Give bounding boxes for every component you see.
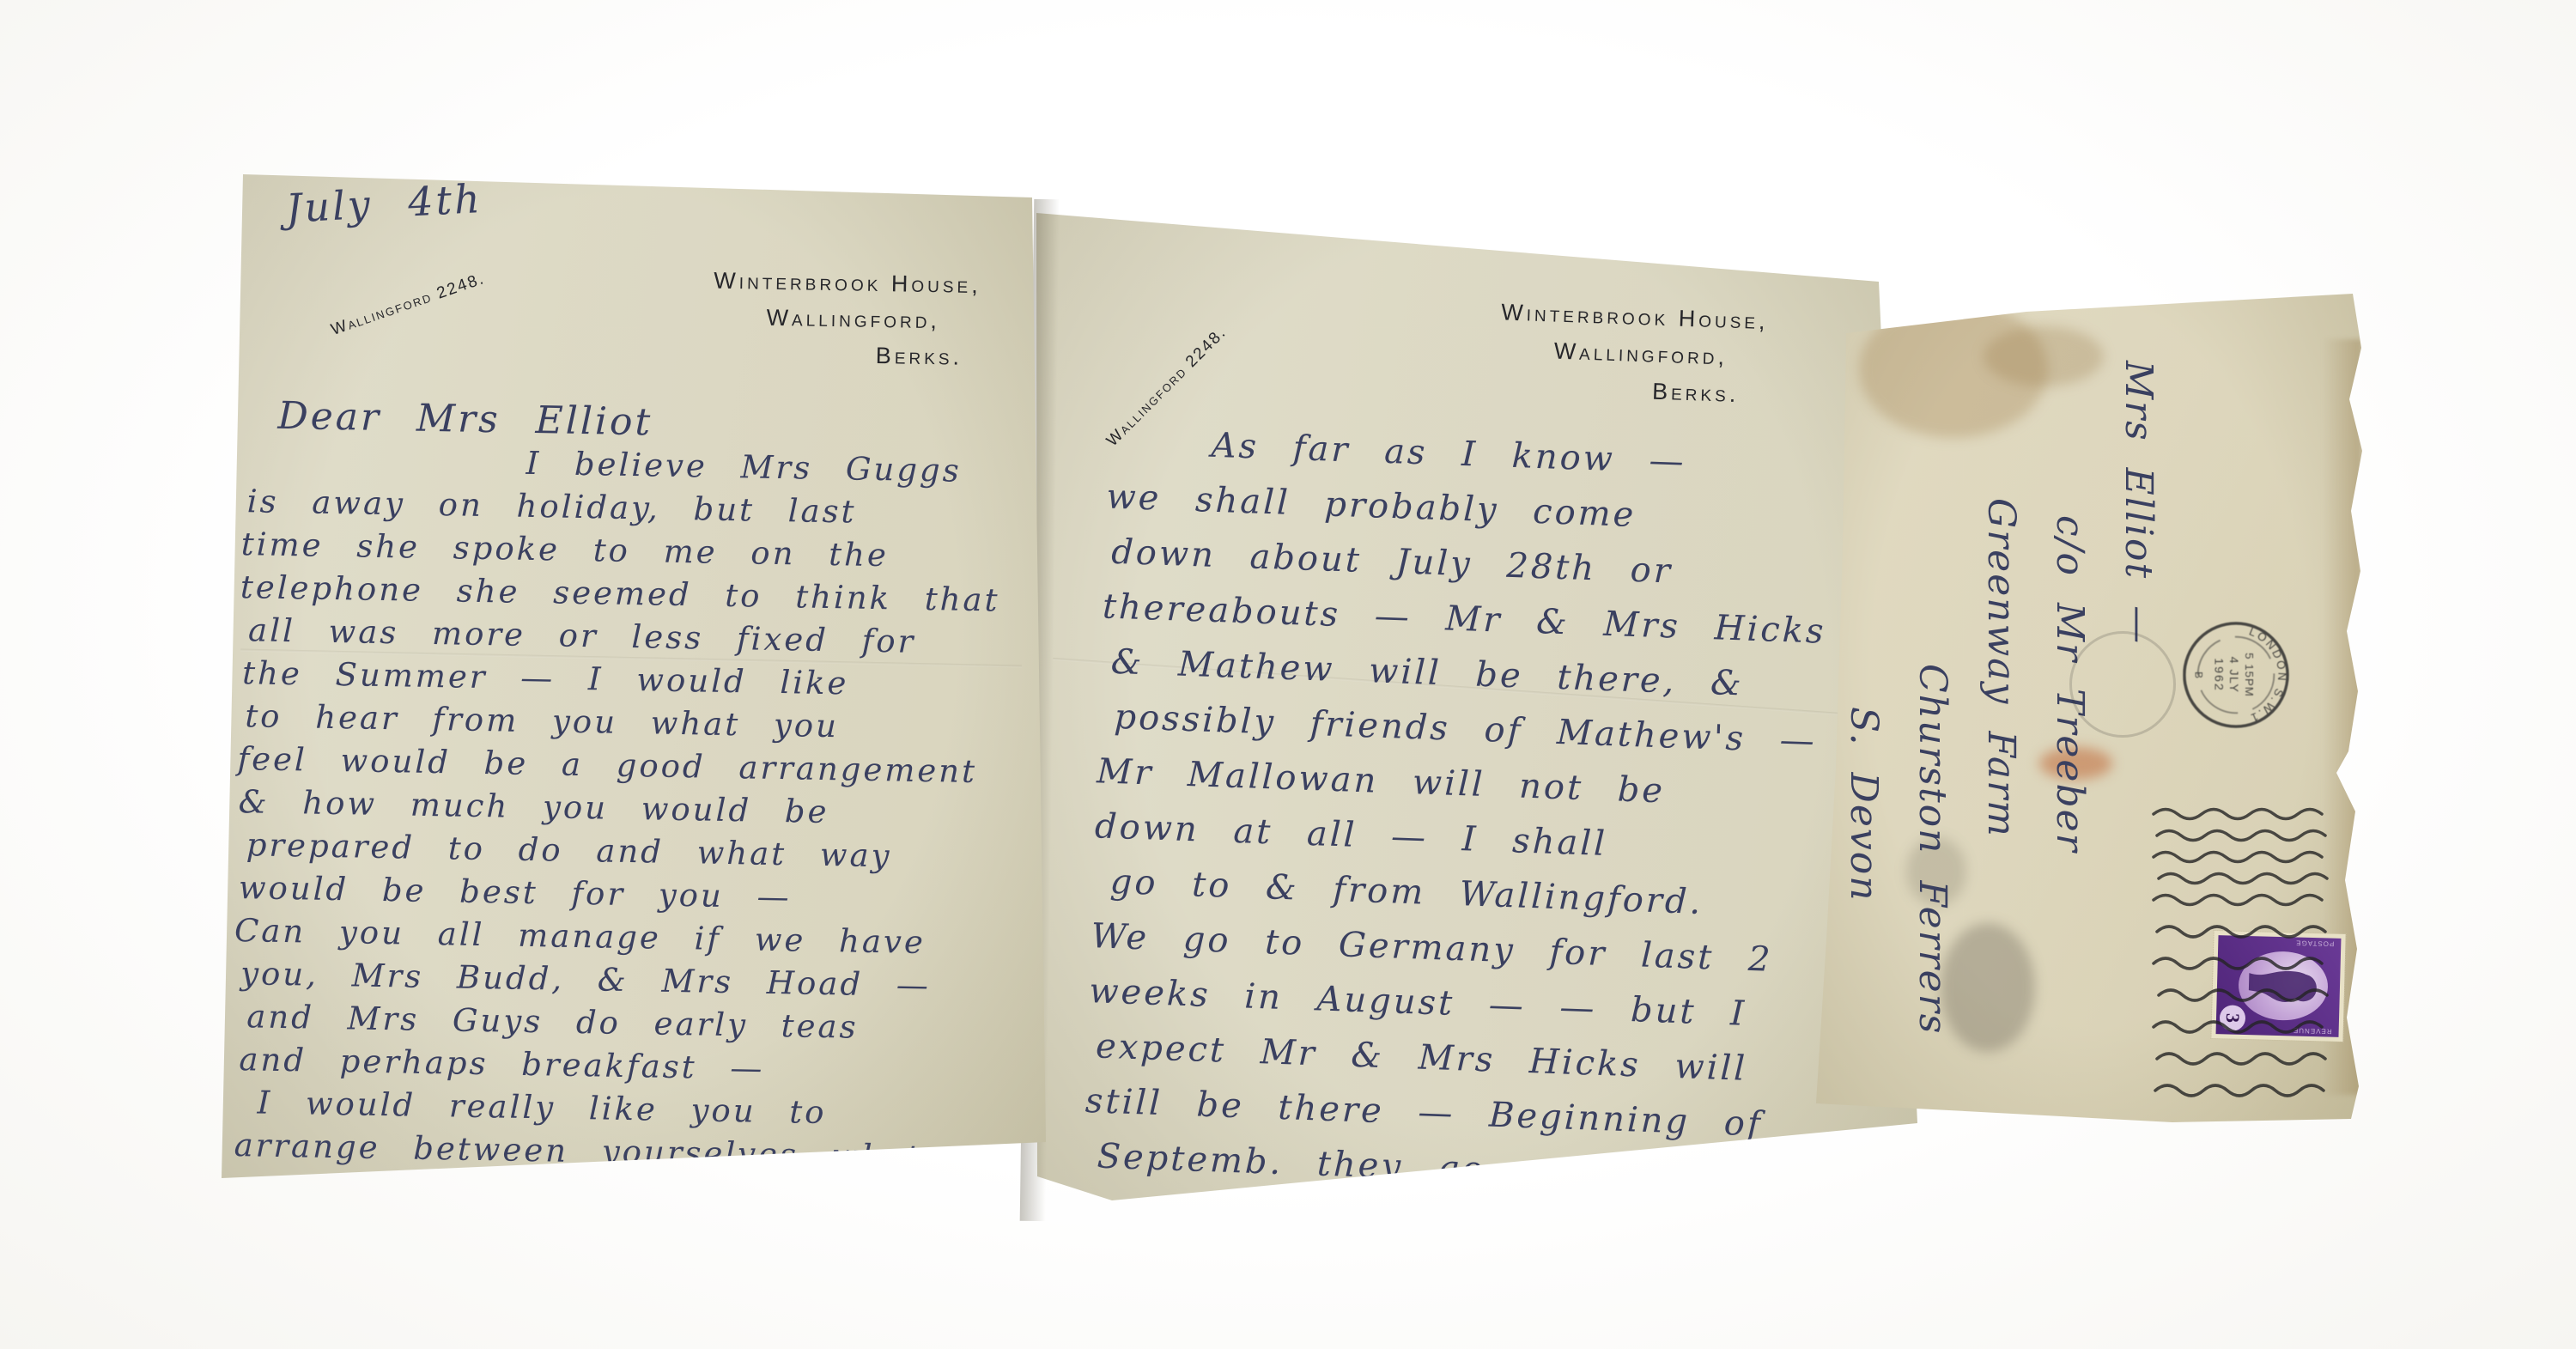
page2-body: As far as I know — we shall probably com… bbox=[1083, 415, 1857, 1210]
postmark-datestamp: LONDON S.W.1 5 15PM 4 JLY 1962 B bbox=[2181, 620, 2291, 730]
letter-page-2: Wallingford 2248. Winterbrook House, Wal… bbox=[1035, 206, 1928, 1249]
letter-date: July 4th bbox=[285, 175, 483, 232]
page1-letterhead-line1: Winterbrook House, bbox=[714, 268, 981, 299]
page1-letterhead-line3: Berks. bbox=[876, 343, 963, 371]
page2-letterhead-line2: Wallingford, bbox=[1553, 338, 1728, 371]
page1-body: Dear Mrs Elliot I believe Mrs Guggs is a… bbox=[230, 394, 1003, 1180]
letter-page-1: July 4th Wallingford 2248. Winterbrook H… bbox=[215, 172, 1052, 1189]
page2-letterhead-line1: Winterbrook House, bbox=[1501, 299, 1769, 335]
photo-of-letter-and-envelope: Wallingford 2248. Winterbrook House, Wal… bbox=[0, 0, 2576, 1349]
salutation: Dear Mrs Elliot bbox=[277, 395, 1003, 451]
address-line: Churston Ferrers bbox=[1898, 664, 1966, 957]
postmark-ghost-ring bbox=[2069, 631, 2176, 738]
page1-phone-print: Wallingford 2248. bbox=[329, 270, 488, 340]
address-line: Greenway Farm bbox=[1966, 498, 2035, 957]
envelope: Mrs Elliot — c/o Mr Treeber Greenway Far… bbox=[1812, 288, 2370, 1129]
address-line: S. Devon bbox=[1829, 707, 1898, 957]
postmark-year: 1962 bbox=[2211, 658, 2225, 692]
address-line: c/o Mr Treeber bbox=[2035, 515, 2104, 957]
postmark-code: B bbox=[2193, 671, 2205, 678]
page1-letterhead-line2: Wallingford, bbox=[766, 305, 940, 335]
page2-letterhead-line3: Berks. bbox=[1652, 379, 1740, 409]
postmark-time: 5 15PM bbox=[2243, 653, 2256, 697]
postmark-svg: LONDON S.W.1 5 15PM 4 JLY 1962 B bbox=[2181, 620, 2291, 730]
cancellation-wavy-lines bbox=[2147, 799, 2348, 1125]
postmark-day: 4 JLY bbox=[2227, 657, 2240, 694]
